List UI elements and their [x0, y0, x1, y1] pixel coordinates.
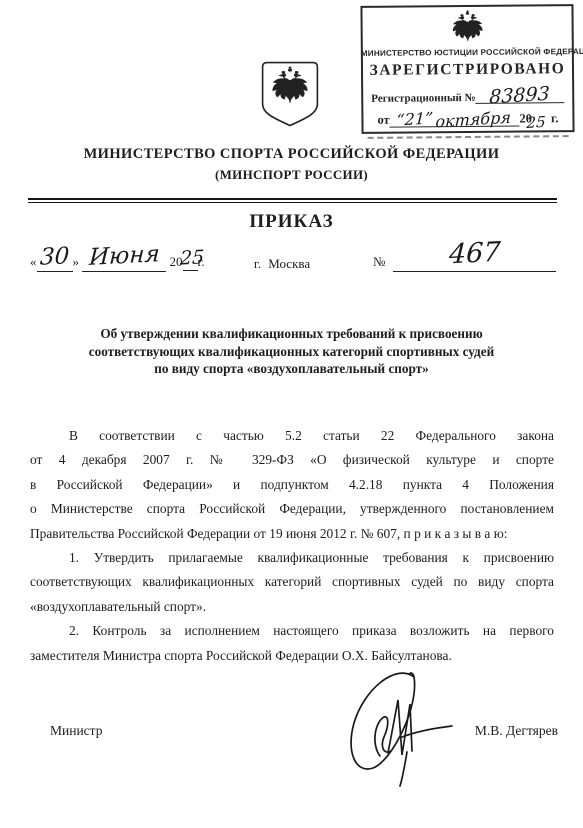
- number-field: 467: [393, 244, 556, 272]
- stamp-ministry-name: МИНИСТЕРСТВО ЮСТИЦИИ РОССИЙСКОЙ ФЕДЕРАЦИ…: [361, 47, 574, 58]
- date-day-value: 30: [39, 245, 69, 270]
- stamp-eagle-icon: [449, 10, 485, 42]
- stamp-date-year-value: 25: [526, 115, 546, 131]
- body-line: В соответствии с частью 5.2 статьи 22 Фе…: [30, 424, 554, 448]
- stamp-date-month-value: октября: [435, 110, 511, 131]
- document-meta-row: «30» Июня 2025г. г. Москва № 467: [30, 246, 556, 278]
- body-line: заместителя Министра спорта Российской Ф…: [30, 644, 554, 668]
- date-day-field: 30: [37, 248, 73, 272]
- registration-stamp: МИНИСТЕРСТВО ЮСТИЦИИ РОССИЙСКОЙ ФЕДЕРАЦИ…: [360, 4, 574, 134]
- body-line: от 4 декабря 2007 г. № 329-ФЗ «О физичес…: [30, 448, 554, 472]
- document-subject: Об утверждении квалификационных требован…: [55, 325, 528, 378]
- document-type-title: ПРИКАЗ: [0, 211, 583, 233]
- date-year-value: 25: [179, 248, 204, 268]
- signer-title: Министр: [50, 723, 102, 739]
- stamp-registered-label: ЗАРЕГИСТРИРОВАНО: [363, 60, 572, 80]
- coat-of-arms-icon: [261, 61, 319, 127]
- signature-autograph-icon: [318, 660, 458, 792]
- body-line: Правительства Российской Федерации от 19…: [30, 522, 554, 546]
- number-value: 467: [448, 239, 501, 269]
- date-close-quote: »: [73, 254, 80, 269]
- date-month-field: Июня: [82, 248, 166, 272]
- date-year-field: 25: [183, 251, 198, 271]
- stamp-date-suffix: г.: [551, 111, 559, 126]
- stamp-date-field: “21” октября: [390, 108, 520, 128]
- body-line: соответствующих квалификационных категор…: [30, 570, 554, 594]
- signer-name: М.В. Дегтярев: [475, 723, 558, 739]
- document-number: № 467: [373, 244, 556, 272]
- stamp-date-day-value: “21”: [396, 110, 433, 128]
- registration-number-label: Регистрационный №: [371, 92, 476, 105]
- body-line: в Российской Федерации» и подпунктом 4.2…: [30, 473, 554, 497]
- header-rule: [28, 198, 557, 203]
- body-line: о Министерстве спорта Российской Федерац…: [30, 497, 554, 521]
- document-place: г. Москва: [227, 256, 337, 272]
- registration-number-field: 83893: [476, 84, 565, 104]
- body-line: 2. Контроль за исполнением настоящего пр…: [30, 619, 554, 643]
- registration-number-value: 83893: [489, 85, 550, 108]
- body-line: 1. Утвердить прилагаемые квалификационны…: [30, 546, 554, 570]
- org-name: МИНИСТЕРСТВО СПОРТА РОССИЙСКОЙ ФЕДЕРАЦИИ: [0, 146, 583, 163]
- number-label: №: [373, 254, 385, 270]
- org-short-name: (МИНСПОРТ РОССИИ): [0, 167, 583, 183]
- document-body: В соответствии с частью 5.2 статьи 22 Фе…: [30, 424, 554, 668]
- body-line: «воздухоплавательный спорт».: [30, 595, 554, 619]
- document-scan: МИНИСТЕРСТВО ЮСТИЦИИ РОССИЙСКОЙ ФЕДЕРАЦИ…: [0, 0, 583, 828]
- stamp-date-row: от “21” октября 2025г.: [377, 106, 558, 128]
- date-month-value: Июня: [88, 243, 160, 270]
- stamp-registration-number-row: Регистрационный № 83893: [371, 85, 564, 105]
- document-date: «30» Июня 2025г.: [30, 248, 205, 272]
- stamp-date-prefix: от: [377, 113, 389, 128]
